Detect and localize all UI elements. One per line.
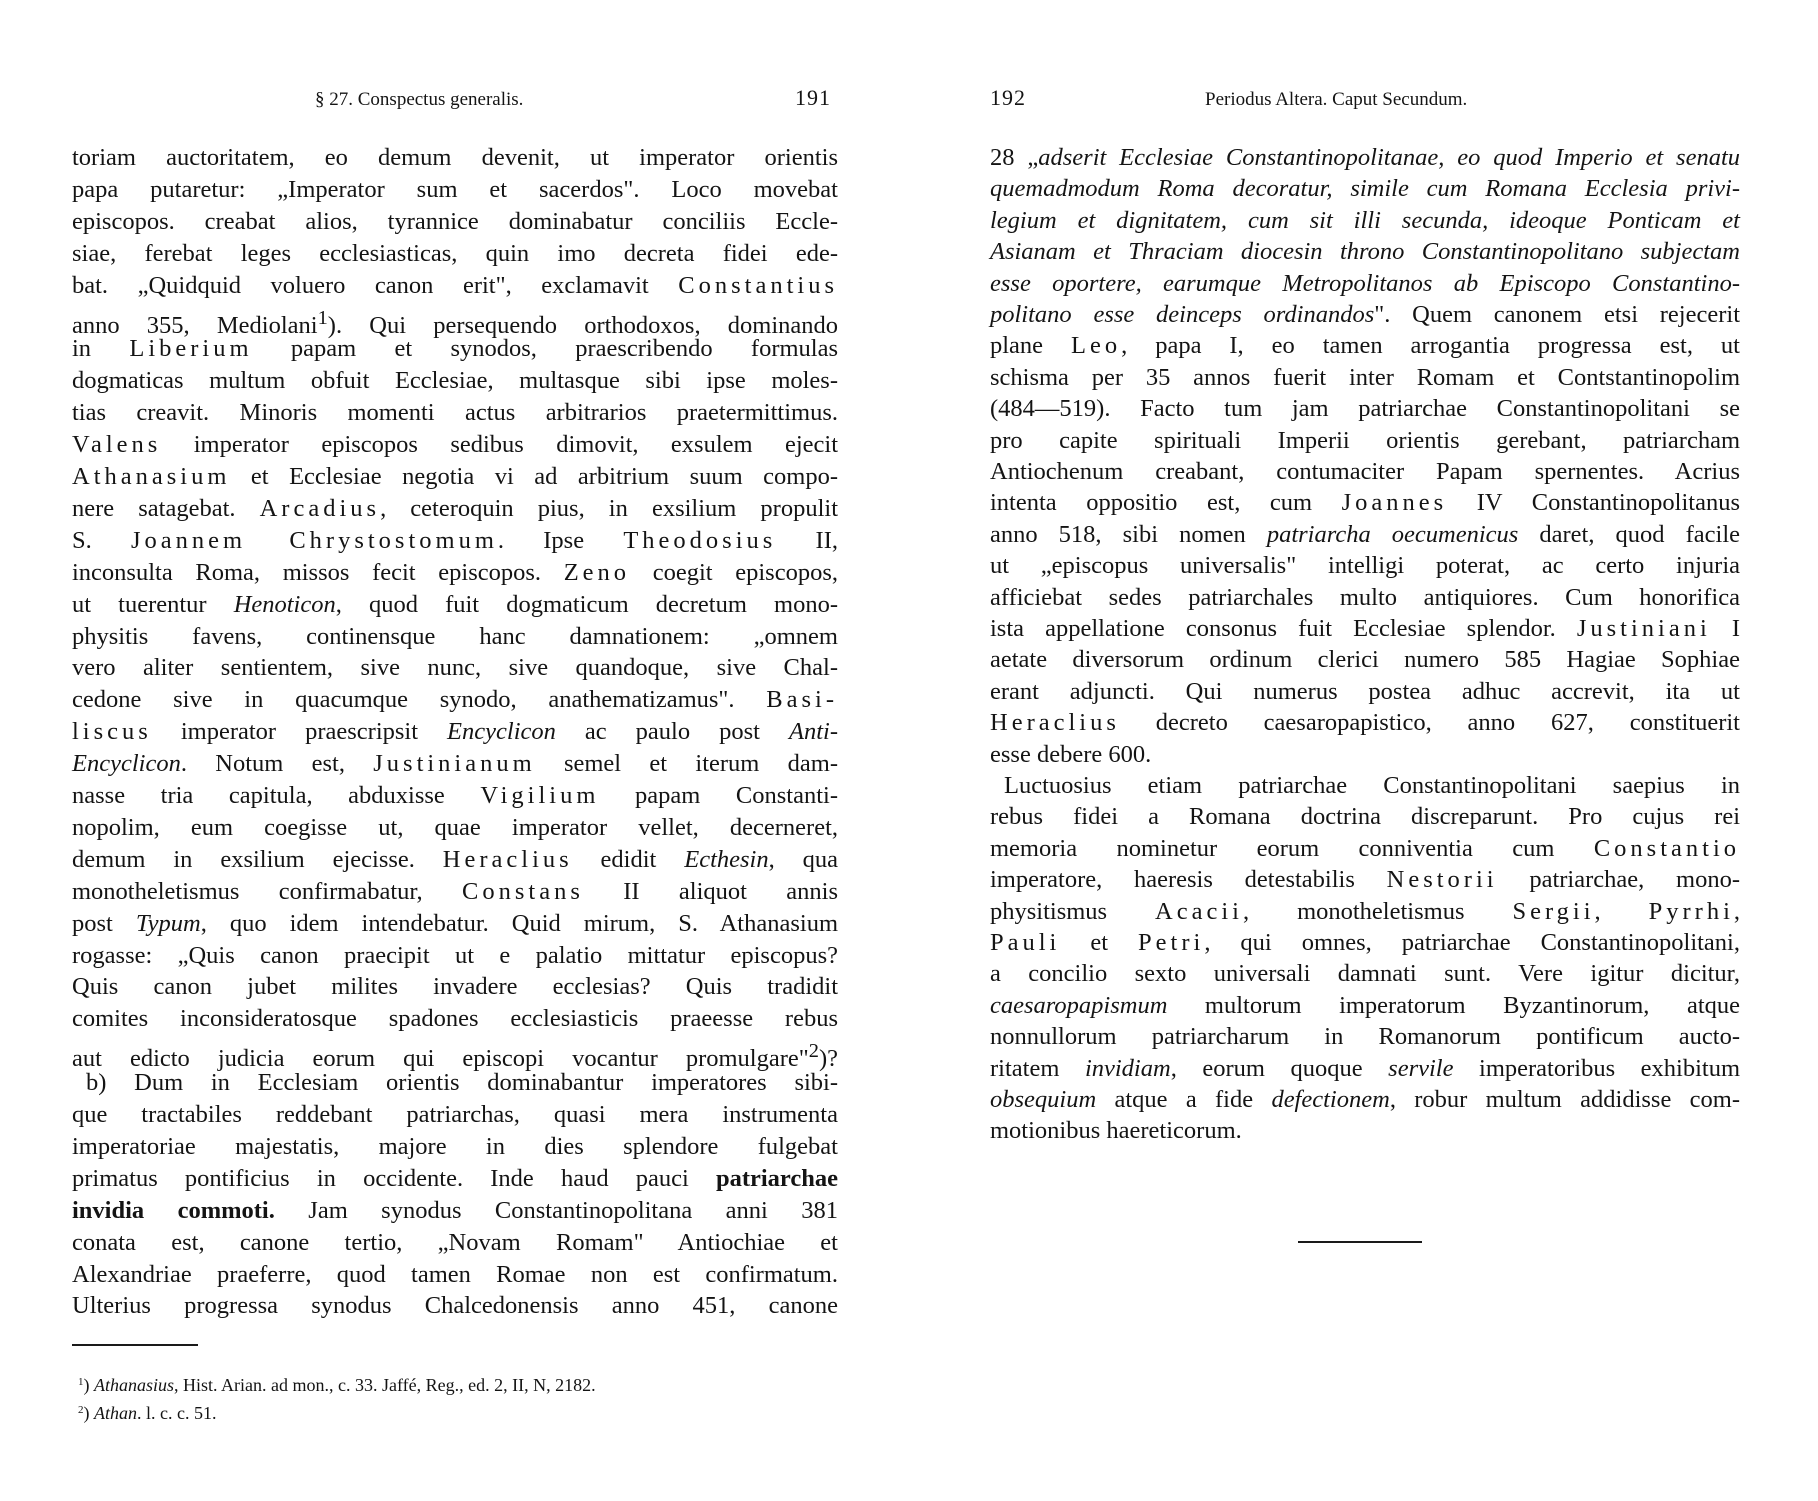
text-line: plane Leo, papa I, eo tamen arrogantia p… bbox=[990, 330, 1740, 362]
text-line: nere satagebat. Arcadius, ceteroquin piu… bbox=[72, 493, 838, 525]
page-number-right: 192 bbox=[990, 82, 1026, 114]
text-line: invidia commoti. Jam synodus Constantino… bbox=[72, 1195, 838, 1227]
text-line: rebus fidei a Romana doctrina discreparu… bbox=[990, 801, 1740, 833]
text-line: toriam auctoritatem, eo demum devenit, u… bbox=[72, 142, 838, 174]
text-line: (484—519). Facto tum jam patriarchae Con… bbox=[990, 393, 1740, 425]
text-line: cedone sive in quacumque synodo, anathem… bbox=[72, 684, 838, 716]
text-line: bat. „Quidquid voluero canon erit", excl… bbox=[72, 270, 838, 302]
text-line: Antiochenum creabant, contumaciter Papam… bbox=[990, 456, 1740, 488]
running-head-left: § 27. Conspectus generalis. bbox=[315, 84, 523, 116]
text-line: esse oportere, earumque Metropolitanos a… bbox=[990, 268, 1740, 300]
text-line: nasse tria capitula, abduxisse Vigilium … bbox=[72, 780, 838, 812]
footnote-1: 1) Athanasius, Hist. Arian. ad mon., c. … bbox=[78, 1368, 596, 1396]
text-line: rogasse: „Quis canon praecipit ut e pala… bbox=[72, 940, 838, 972]
text-line: Heraclius decreto caesaropapistico, anno… bbox=[990, 707, 1740, 739]
end-ornament-rule bbox=[1298, 1241, 1422, 1243]
text-line: afficiebat sedes patriarchales multo ant… bbox=[990, 582, 1740, 614]
text-line: Luctuosius etiam patriarchae Constantino… bbox=[990, 770, 1740, 802]
text-line: obsequium atque a fide defectionem, robu… bbox=[990, 1084, 1740, 1116]
text-line: comites inconsideratosque spadones eccle… bbox=[72, 1003, 838, 1035]
text-line: physitis favens, continensque hanc damna… bbox=[72, 621, 838, 653]
text-line: Quis canon jubet milites invadere eccles… bbox=[72, 971, 838, 1003]
text-line: primatus pontificius in occidente. Inde … bbox=[72, 1163, 838, 1195]
text-line: imperatoriae majestatis, majore in dies … bbox=[72, 1131, 838, 1163]
running-head-right: Periodus Altera. Caput Secundum. bbox=[1205, 84, 1467, 116]
text-line: pro capite spirituali Imperii orientis g… bbox=[990, 425, 1740, 457]
footnote-2: 2) Athan. l. c. c. 51. bbox=[78, 1396, 216, 1424]
text-line: siae, ferebat leges ecclesiasticas, quin… bbox=[72, 238, 838, 270]
text-line: Pauli et Petri, qui omnes, patriarchae C… bbox=[990, 927, 1740, 959]
text-line: que tractabiles reddebant patriarchas, q… bbox=[72, 1099, 838, 1131]
footnote-separator-rule bbox=[72, 1344, 198, 1346]
text-line: physitismus Acacii, monotheletismus Serg… bbox=[990, 896, 1740, 928]
text-line: S. Joannem Chrystostomum. Ipse Theodosiu… bbox=[72, 525, 838, 557]
text-line: in Liberium papam et synodos, praescribe… bbox=[72, 333, 838, 365]
text-line: Asianam et Thraciam diocesin throno Cons… bbox=[990, 236, 1740, 268]
text-line: Valens imperator episcopos sedibus dimov… bbox=[72, 429, 838, 461]
text-line: ut „episcopus universalis" intelligi pot… bbox=[990, 550, 1740, 582]
text-line: inconsulta Roma, missos fecit episcopos.… bbox=[72, 557, 838, 589]
text-line: tias creavit. Minoris momenti actus arbi… bbox=[72, 397, 838, 429]
text-line: motionibus haereticorum. bbox=[990, 1115, 1740, 1147]
text-line: memoria nominetur eorum conniventia cum … bbox=[990, 833, 1740, 865]
text-line: quemadmodum Roma decoratur, simile cum R… bbox=[990, 173, 1740, 205]
text-line: anno 518, sibi nomen patriarcha oecumeni… bbox=[990, 519, 1740, 551]
text-line: 28 „adserit Ecclesiae Constantinopolitan… bbox=[990, 142, 1740, 174]
text-line: Ulterius progressa synodus Chalcedonensi… bbox=[72, 1290, 838, 1322]
text-line: schisma per 35 annos fuerit inter Romam … bbox=[990, 362, 1740, 394]
text-line: dogmaticas multum obfuit Ecclesiae, mult… bbox=[72, 365, 838, 397]
text-line: conata est, canone tertio, „Novam Romam"… bbox=[72, 1227, 838, 1259]
text-line: demum in exsilium ejecisse. Heraclius ed… bbox=[72, 844, 838, 876]
text-line: imperatore, haeresis detestabilis Nestor… bbox=[990, 864, 1740, 896]
text-line: papa putaretur: „Imperator sum et sacerd… bbox=[72, 174, 838, 206]
text-line: Alexandriae praeferre, quod tamen Romae … bbox=[72, 1259, 838, 1291]
text-line: Encyclicon. Notum est, Justinianum semel… bbox=[72, 748, 838, 780]
left-page: § 27. Conspectus generalis. 191 toriam a… bbox=[0, 0, 909, 1501]
text-line: vero aliter sentientem, sive nunc, sive … bbox=[72, 652, 838, 684]
text-line: nopolim, eum coegisse ut, quae imperator… bbox=[72, 812, 838, 844]
text-line: post Typum, quo idem intendebatur. Quid … bbox=[72, 908, 838, 940]
text-line: episcopos. creabat alios, tyrannice domi… bbox=[72, 206, 838, 238]
page-number-left: 191 bbox=[795, 82, 831, 114]
text-line: a concilio sexto universali damnati sunt… bbox=[990, 958, 1740, 990]
text-line: monotheletismus confirmabatur, Constans … bbox=[72, 876, 838, 908]
text-line: b) Dum in Ecclesiam orientis dominabantu… bbox=[72, 1067, 838, 1099]
text-line: nonnullorum patriarcharum in Romanorum p… bbox=[990, 1021, 1740, 1053]
text-line: aetate diversorum ordinum clerici numero… bbox=[990, 644, 1740, 676]
text-line: caesaropapismum multorum imperatorum Byz… bbox=[990, 990, 1740, 1022]
text-line: legium et dignitatem, cum sit illi secun… bbox=[990, 205, 1740, 237]
text-line: ut tuerentur Henoticon, quod fuit dogmat… bbox=[72, 589, 838, 621]
text-line: aut edicto judicia eorum qui episcopi vo… bbox=[72, 1035, 838, 1067]
text-line: liscus imperator praescripsit Encyclicon… bbox=[72, 716, 838, 748]
text-line: esse debere 600. bbox=[990, 739, 1740, 771]
text-line: intenta oppositio est, cum Joannes IV Co… bbox=[990, 487, 1740, 519]
text-line: Athanasium et Ecclesiae negotia vi ad ar… bbox=[72, 461, 838, 493]
text-line: politano esse deinceps ordinandos". Quem… bbox=[990, 299, 1740, 331]
right-page: 192 Periodus Altera. Caput Secundum. 28 … bbox=[909, 0, 1818, 1501]
text-line: erant adjuncti. Qui numerus postea adhuc… bbox=[990, 676, 1740, 708]
text-line: ritatem invidiam, eorum quoque servile i… bbox=[990, 1053, 1740, 1085]
text-line: ista appellatione consonus fuit Ecclesia… bbox=[990, 613, 1740, 645]
text-line: anno 355, Mediolani1). Qui persequendo o… bbox=[72, 302, 838, 334]
